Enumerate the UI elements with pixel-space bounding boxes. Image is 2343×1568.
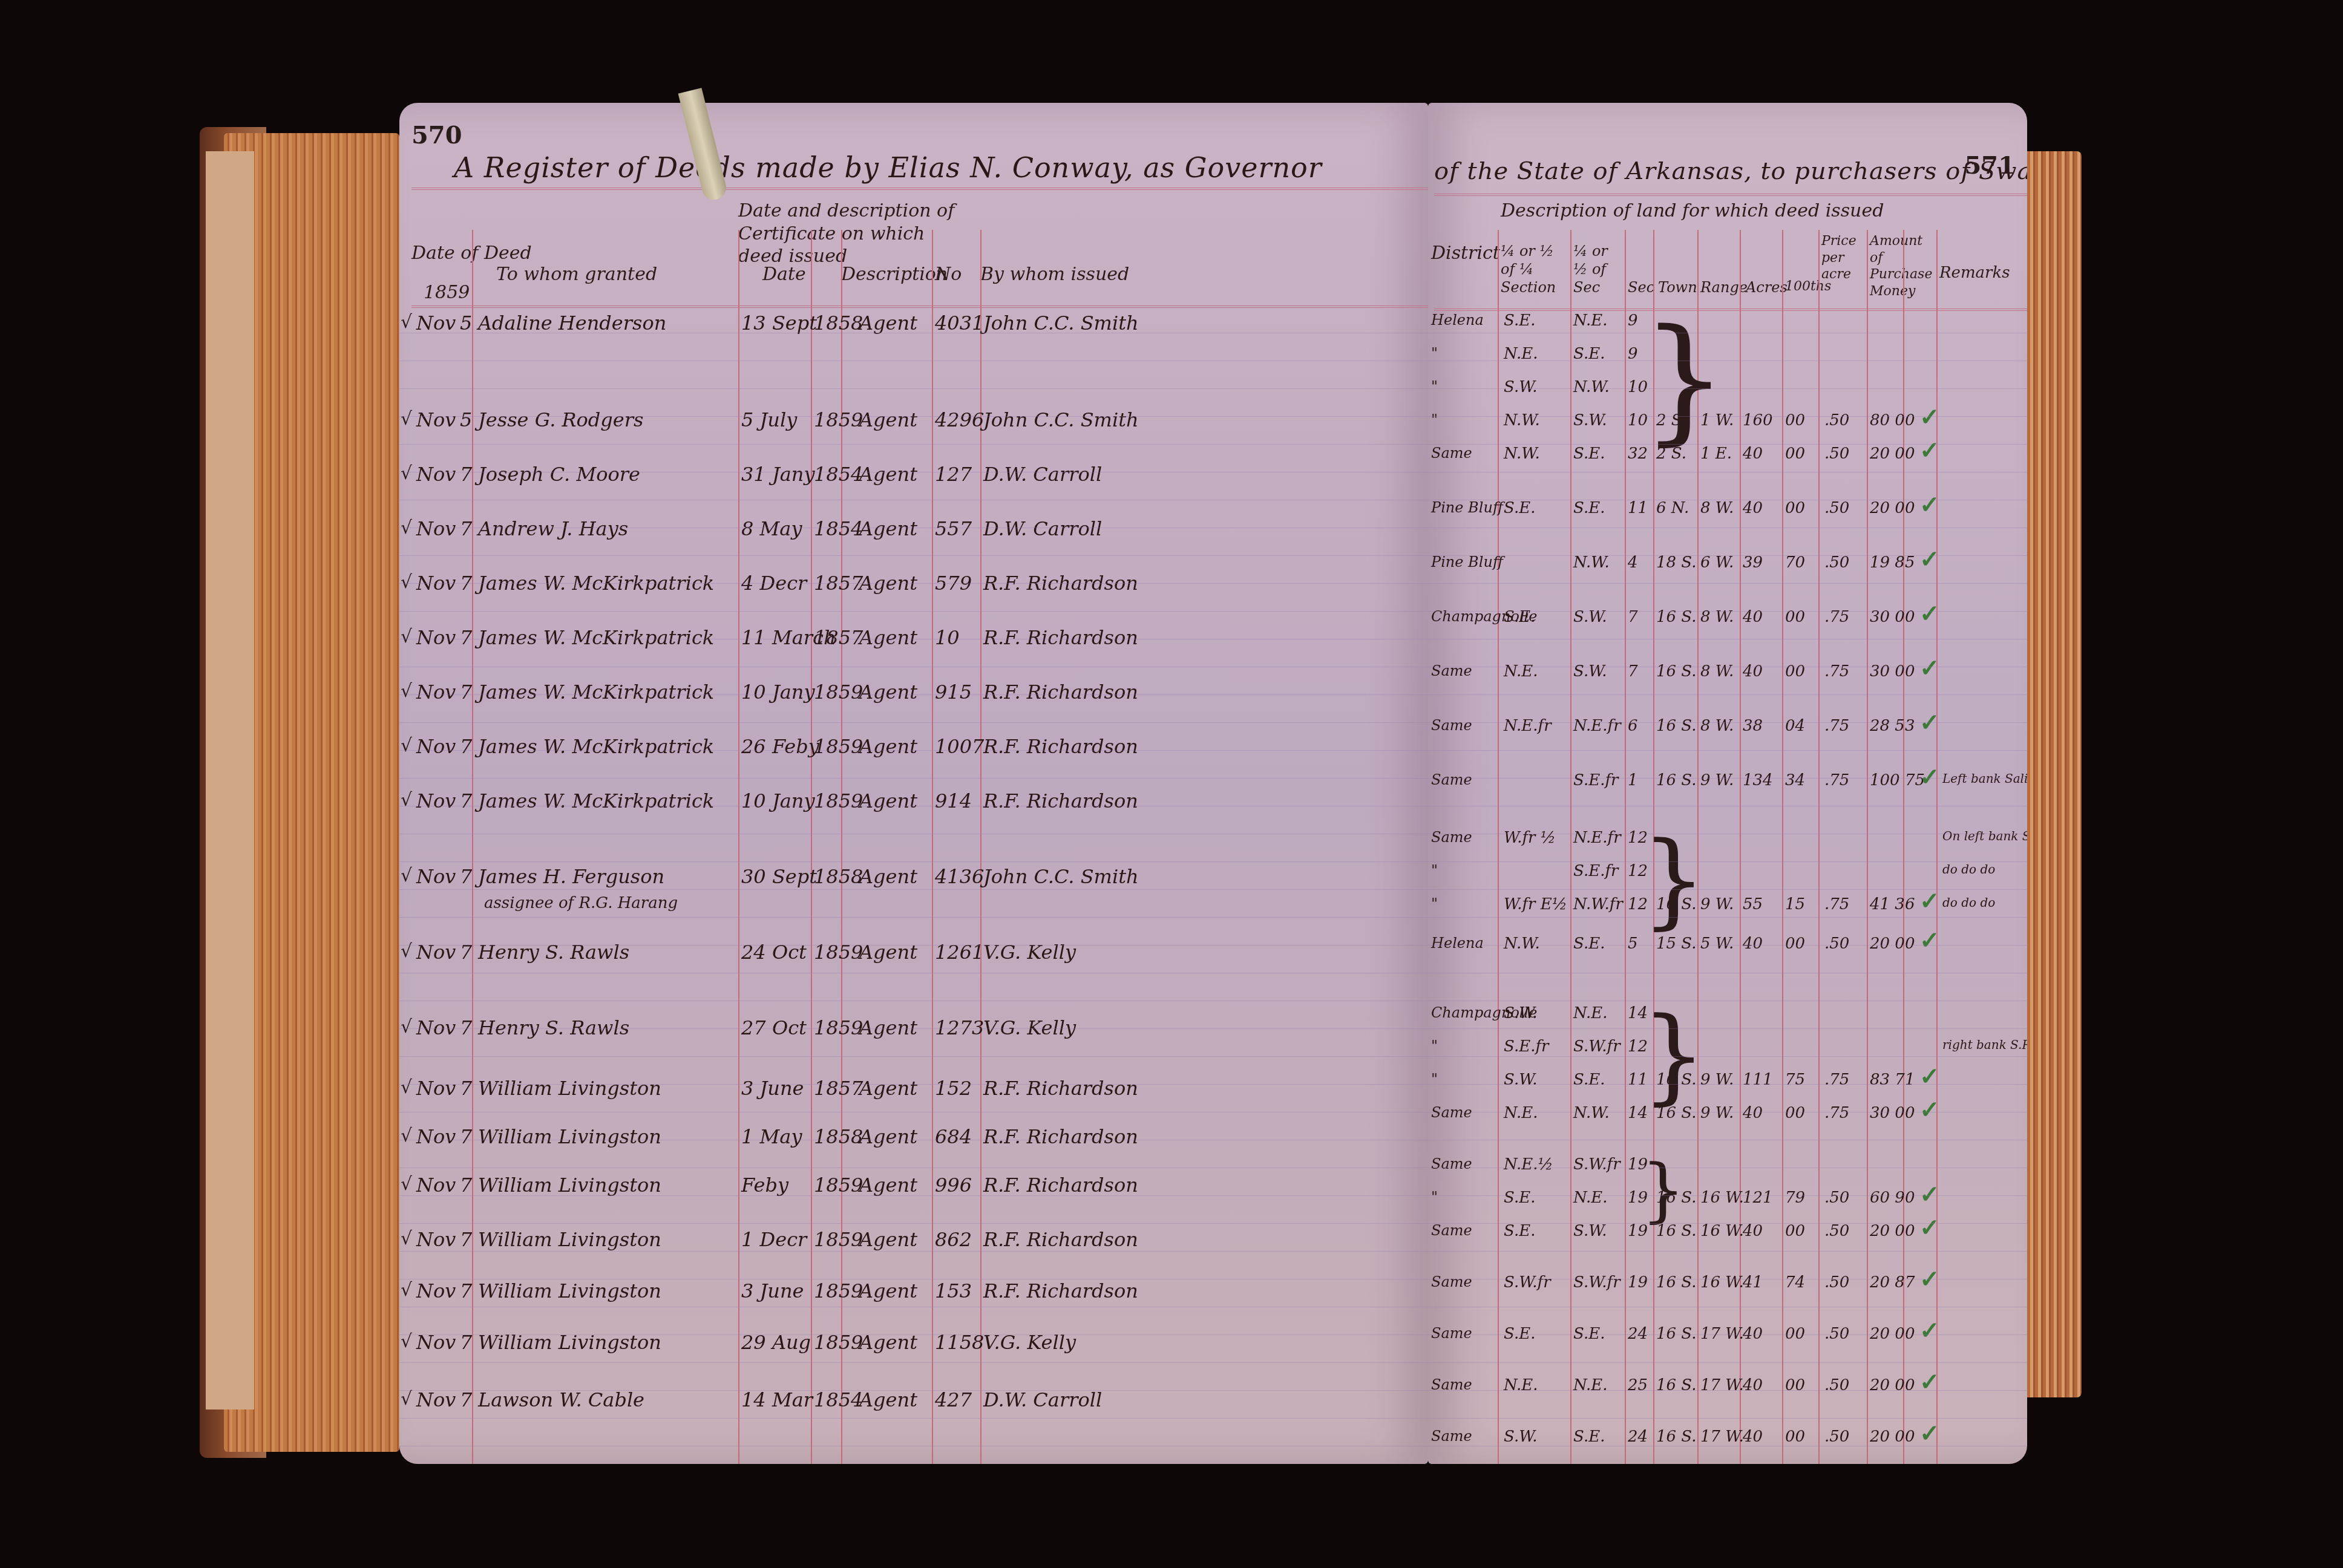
quarter-of-sec: S.E. (1573, 935, 1605, 953)
green-checkmark-icon: ✓ (1919, 491, 1940, 519)
section-number: 19 (1628, 1273, 1648, 1292)
deed-month: Nov (416, 681, 456, 704)
certificate-description: Agent (859, 312, 917, 335)
ruled-line (399, 388, 1428, 389)
acres-hundredths: 34 (1785, 771, 1805, 789)
checkmark-icon: √ (401, 1279, 412, 1301)
certificate-description: Agent (859, 408, 917, 431)
certificate-date: 10 Jany (741, 681, 814, 704)
price-per-acre: .50 (1824, 1428, 1849, 1446)
quarter-of-sec: S.W.fr (1573, 1273, 1620, 1292)
certificate-number: 996 (935, 1174, 972, 1197)
deed-day: 7 (460, 865, 472, 888)
green-checkmark-icon: ✓ (1919, 926, 1940, 955)
purchase-amount: 20 00 (1870, 935, 1915, 953)
price-per-acre: .75 (1824, 717, 1849, 735)
quarter-of-sec: N.W. (1573, 554, 1610, 572)
remarks: do do do (1942, 862, 1995, 877)
grantee-name: William Livingston (478, 1228, 661, 1251)
price-per-acre: .75 (1824, 771, 1849, 789)
land-district: Same (1431, 662, 1472, 679)
land-district: Same (1431, 717, 1472, 734)
purchase-amount: 30 00 (1870, 1104, 1915, 1122)
ruled-line (1428, 583, 2027, 584)
section-number: 25 (1628, 1376, 1648, 1394)
quarter-of-sec: N.W. (1573, 1104, 1610, 1122)
acres-hundredths: 00 (1785, 935, 1805, 953)
purchase-amount: 19 85 (1870, 554, 1915, 572)
grantee-name: William Livingston (478, 1174, 661, 1197)
issued-by: John C.C. Smith (983, 312, 1139, 335)
issued-by: D.W. Carroll (983, 1388, 1102, 1411)
purchase-amount: 20 00 (1870, 445, 1915, 463)
quarter-section: N.E. (1504, 1104, 1538, 1122)
ruled-line (1428, 528, 2027, 528)
grantee-name: William Livingston (478, 1279, 661, 1302)
open-ledger-book: 570 A Register of Deeds made by Elias N.… (194, 91, 2082, 1470)
header-to-whom-granted: To whom granted (496, 263, 657, 286)
price-per-acre: .50 (1824, 499, 1849, 517)
range: 8 W. (1700, 662, 1734, 681)
acres-hundredths: 00 (1785, 1376, 1805, 1394)
grantee-name: James W. McKirkpatrick (478, 681, 714, 704)
header-no: No (935, 263, 962, 286)
land-district: Same (1431, 1104, 1472, 1121)
ruled-line (399, 1251, 1428, 1252)
grantee-name: Henry S. Rawls (478, 941, 629, 964)
acres: 40 (1743, 1222, 1763, 1240)
quarter-section: S.W.fr (1504, 1273, 1551, 1292)
ruled-line (399, 778, 1428, 779)
ruled-line (1428, 1307, 2027, 1307)
ruled-line (1428, 416, 2027, 417)
certificate-description: Agent (859, 517, 917, 540)
header-quarter-section: ¼ or ½ of ¼ Section (1501, 242, 1567, 296)
certificate-year: 1854 (814, 517, 863, 540)
certificate-number: 684 (935, 1125, 972, 1148)
ruled-line (399, 1168, 1428, 1168)
certificate-date: 30 Sept (741, 865, 817, 888)
quarter-section: N.E. (1504, 1376, 1538, 1394)
price-per-acre: .75 (1824, 1104, 1849, 1122)
header-remarks: Remarks (1939, 263, 2010, 283)
deed-day: 7 (460, 941, 472, 964)
ruled-line (399, 1056, 1428, 1057)
page-edges-right (2027, 151, 2082, 1397)
land-district: Same (1431, 1325, 1472, 1342)
section-number: 24 (1628, 1325, 1648, 1343)
issued-by: R.F. Richardson (983, 1174, 1138, 1197)
checkmark-icon: √ (401, 681, 412, 702)
ruled-line (399, 1279, 1428, 1279)
certificate-date: 1 Decr (741, 1228, 807, 1251)
ruled-line (1428, 333, 2027, 333)
section-number: 5 (1628, 935, 1638, 953)
deed-month: Nov (416, 1279, 456, 1302)
township: 16 S. (1656, 662, 1697, 681)
grantee-name: Jesse G. Rodgers (478, 408, 643, 431)
certificate-number: 862 (935, 1228, 972, 1251)
issued-by: R.F. Richardson (983, 681, 1138, 704)
green-checkmark-icon: ✓ (1919, 763, 1940, 791)
land-district: Helena (1431, 312, 1484, 328)
grouping-brace: } (1641, 1004, 1706, 1107)
range: 16 W. (1700, 1273, 1744, 1292)
issued-by: V.G. Kelly (983, 941, 1076, 964)
ruled-line (399, 1362, 1428, 1363)
green-checkmark-icon: ✓ (1919, 599, 1940, 628)
quarter-of-sec: S.W. (1573, 662, 1607, 681)
section-number: 11 (1628, 499, 1648, 517)
certificate-description: Agent (859, 681, 917, 704)
quarter-section: S.W. (1504, 1428, 1538, 1446)
right-page: 571 of the State of Arkansas, to purchas… (1428, 103, 2027, 1464)
township: 16 S. (1656, 1325, 1697, 1343)
ruled-line (399, 1140, 1428, 1140)
certificate-date: 14 Mar (741, 1388, 813, 1411)
land-district: " (1431, 378, 1438, 395)
price-per-acre: .50 (1824, 1376, 1849, 1394)
purchase-amount: 20 87 (1870, 1273, 1915, 1292)
deed-month: Nov (416, 517, 456, 540)
purchase-amount: 100 75 (1870, 771, 1925, 789)
grouping-brace: } (1641, 829, 1706, 932)
ruled-line (399, 806, 1428, 806)
grantee-name: Henry S. Rawls (478, 1016, 629, 1039)
header-acres: Acres (1746, 278, 1788, 296)
quarter-of-sec: N.E. (1573, 1004, 1608, 1022)
ruled-line (1428, 611, 2027, 612)
acres-hundredths: 00 (1785, 1222, 1805, 1240)
acres: 40 (1743, 445, 1763, 463)
certificate-description: Agent (859, 463, 917, 486)
acres: 38 (1743, 717, 1763, 735)
deed-month: Nov (416, 463, 456, 486)
acres: 39 (1743, 554, 1763, 572)
quarter-of-sec: S.E.fr (1573, 771, 1618, 789)
range: 17 W. (1700, 1376, 1744, 1394)
land-district: Same (1431, 1155, 1472, 1172)
quarter-section: W.fr ½ (1504, 829, 1556, 847)
green-checkmark-icon: ✓ (1919, 1214, 1940, 1242)
quarter-of-sec: N.E.fr (1573, 717, 1621, 735)
acres: 160 (1743, 411, 1773, 430)
price-per-acre: .50 (1824, 1189, 1849, 1207)
acres-hundredths: 00 (1785, 499, 1805, 517)
ruled-line (1428, 1446, 2027, 1446)
issued-by: R.F. Richardson (983, 789, 1138, 812)
deed-month: Nov (416, 1016, 456, 1039)
ruled-line (1428, 1112, 2027, 1112)
remarks: On left bank Saline river (1942, 829, 2027, 843)
checkmark-icon: √ (401, 789, 412, 811)
certificate-year: 1859 (814, 1228, 863, 1251)
land-district: " (1431, 895, 1438, 912)
range: 17 W. (1700, 1428, 1744, 1446)
deed-day: 7 (460, 1016, 472, 1039)
quarter-section: N.E. (1504, 662, 1538, 681)
header-price-per-acre: Price per acre (1821, 233, 1864, 283)
ruled-line (1428, 500, 2027, 500)
ruled-line (1428, 694, 2027, 695)
deed-month: Nov (416, 1228, 456, 1251)
certificate-year: 1858 (814, 312, 863, 335)
checkmark-icon: √ (401, 408, 412, 430)
acres: 40 (1743, 935, 1763, 953)
green-checkmark-icon: ✓ (1919, 887, 1940, 915)
deed-month: Nov (416, 789, 456, 812)
ruled-line (399, 1446, 1428, 1446)
issued-by: D.W. Carroll (983, 463, 1102, 486)
certificate-number: 127 (935, 463, 972, 486)
certificate-number: 153 (935, 1279, 972, 1302)
ruled-line (1428, 1223, 2027, 1224)
green-checkmark-icon: ✓ (1919, 403, 1940, 431)
deed-day: 7 (460, 463, 472, 486)
land-district: Same (1431, 1273, 1472, 1290)
header-sec: Sec (1628, 278, 1654, 296)
certificate-year: 1859 (814, 408, 863, 431)
township: 16 S. (1656, 1273, 1697, 1292)
ruled-line (399, 945, 1428, 946)
deed-month: Nov (416, 735, 456, 758)
deed-day: 7 (460, 1174, 472, 1197)
certificate-year: 1858 (814, 1125, 863, 1148)
issued-by: R.F. Richardson (983, 626, 1138, 649)
ruled-line (399, 973, 1428, 973)
header-by-whom-issued: By whom issued (980, 263, 1129, 286)
certificate-date: 13 Sept (741, 312, 817, 335)
certificate-number: 915 (935, 681, 972, 704)
certificate-description: Agent (859, 1174, 917, 1197)
quarter-of-sec: S.E.fr (1573, 862, 1618, 880)
ruled-line (399, 1223, 1428, 1224)
land-district: Same (1431, 829, 1472, 846)
acres: 121 (1743, 1189, 1773, 1207)
grantee-name: Adaline Henderson (478, 312, 666, 335)
certificate-year: 1859 (814, 1016, 863, 1039)
remarks: do do do (1942, 895, 1995, 910)
issued-by: R.F. Richardson (983, 1279, 1138, 1302)
certificate-date: 10 Jany (741, 789, 814, 812)
price-per-acre: .75 (1824, 895, 1849, 913)
quarter-of-sec: S.E. (1573, 1325, 1605, 1343)
acres-hundredths: 04 (1785, 717, 1805, 735)
acres: 40 (1743, 1428, 1763, 1446)
certificate-number: 557 (935, 517, 972, 540)
quarter-of-sec: S.W. (1573, 1222, 1607, 1240)
land-district: " (1431, 1071, 1438, 1088)
checkmark-icon: √ (401, 1016, 412, 1037)
grantee-name: William Livingston (478, 1077, 661, 1100)
certificate-year: 1858 (814, 865, 863, 888)
issued-by: R.F. Richardson (983, 1077, 1138, 1100)
certificate-date: 1 May (741, 1125, 802, 1148)
certificate-number: 1261 (935, 941, 984, 964)
certificate-number: 4296 (935, 408, 984, 431)
ruled-line (1428, 1334, 2027, 1335)
price-per-acre: .50 (1824, 411, 1849, 430)
ruled-line (1428, 1028, 2027, 1029)
quarter-of-sec: N.E. (1573, 312, 1608, 330)
quarter-section: S.W. (1504, 378, 1538, 396)
acres-hundredths: 00 (1785, 662, 1805, 681)
acres: 40 (1743, 499, 1763, 517)
acres-hundredths: 79 (1785, 1189, 1805, 1207)
land-district: Pine Bluff (1431, 499, 1503, 516)
price-per-acre: .75 (1824, 1071, 1849, 1089)
section-number: 9 (1628, 312, 1638, 330)
quarter-of-sec: S.W.fr (1573, 1155, 1620, 1174)
quarter-section: N.E.½ (1504, 1155, 1553, 1174)
deed-day: 7 (460, 626, 472, 649)
quarter-of-sec: S.E. (1573, 1071, 1605, 1089)
header-rule (1434, 194, 2027, 196)
ruled-line (399, 1084, 1428, 1085)
grantee-name: James W. McKirkpatrick (478, 789, 714, 812)
certificate-description: Agent (859, 1279, 917, 1302)
certificate-description: Agent (859, 1016, 917, 1039)
certificate-year: 1859 (814, 1279, 863, 1302)
deed-day: 7 (460, 681, 472, 704)
quarter-of-sec: N.E. (1573, 1376, 1608, 1394)
ruled-line (1428, 472, 2027, 472)
certificate-date: 3 June (741, 1077, 804, 1100)
quarter-of-sec: N.E.fr (1573, 829, 1621, 847)
ruled-line (1428, 1195, 2027, 1196)
certificate-date: 3 June (741, 1279, 804, 1302)
quarter-section: S.E. (1504, 499, 1535, 517)
quarter-section: S.E.fr (1504, 1037, 1548, 1056)
issued-by: V.G. Kelly (983, 1016, 1076, 1039)
ruled-line (399, 416, 1428, 417)
certificate-year: 1859 (814, 735, 863, 758)
township: 16 S. (1656, 771, 1697, 789)
certificate-year: 1859 (814, 941, 863, 964)
certificate-year: 1854 (814, 463, 863, 486)
certificate-description: Agent (859, 865, 917, 888)
certificate-date: 24 Oct (741, 941, 807, 964)
ruled-line (1428, 639, 2027, 639)
range: 8 W. (1700, 717, 1734, 735)
ruled-line (1428, 722, 2027, 723)
grantee-name: Joseph C. Moore (478, 463, 640, 486)
purchase-amount: 28 53 (1870, 717, 1915, 735)
ruled-line (399, 667, 1428, 667)
deed-month: Nov (416, 312, 456, 335)
ruled-line (399, 1418, 1428, 1419)
ruled-line (1428, 1084, 2027, 1085)
ruled-line (399, 611, 1428, 612)
grouping-brace: } (1641, 1155, 1685, 1225)
section-number: 1 (1628, 771, 1638, 789)
deed-day: 5 (460, 408, 472, 431)
range: 17 W. (1700, 1325, 1744, 1343)
certificate-year: 1859 (814, 1174, 863, 1197)
ruled-line (399, 472, 1428, 472)
quarter-section: N.W. (1504, 445, 1540, 463)
header-bottom-rule (1434, 309, 2027, 311)
header-quarter-of-sec: ¼ or ½ of Sec (1573, 242, 1622, 296)
header-amount: Amount of Purchase Money (1870, 233, 1930, 299)
ruled-line (1428, 1362, 2027, 1363)
land-district: " (1431, 1189, 1438, 1206)
certificate-date: 26 Feby (741, 735, 819, 758)
green-checkmark-icon: ✓ (1919, 436, 1940, 465)
ruled-line (399, 1390, 1428, 1391)
certificate-number: 10 (935, 626, 960, 649)
issued-by: R.F. Richardson (983, 735, 1138, 758)
certificate-description: Agent (859, 1388, 917, 1411)
land-district: Same (1431, 1428, 1472, 1445)
section-number: 6 (1628, 717, 1638, 735)
purchase-amount: 20 00 (1870, 1428, 1915, 1446)
green-checkmark-icon: ✓ (1919, 1180, 1940, 1209)
certificate-number: 4031 (935, 312, 984, 335)
checkmark-icon: √ (401, 463, 412, 484)
quarter-section: S.E. (1504, 1189, 1535, 1207)
ruled-line (1428, 555, 2027, 556)
quarter-section: N.W. (1504, 411, 1540, 430)
grouping-brace: } (1641, 312, 1728, 448)
checkmark-icon: √ (401, 941, 412, 962)
certificate-description: Agent (859, 941, 917, 964)
ruled-line (399, 1334, 1428, 1335)
checkmark-icon: √ (401, 1174, 412, 1195)
grantee-name: James W. McKirkpatrick (478, 626, 714, 649)
deed-month: Nov (416, 865, 456, 888)
ruled-line (399, 333, 1428, 333)
checkmark-icon: √ (401, 572, 412, 593)
ruled-line (1428, 917, 2027, 918)
township: 16 S. (1656, 717, 1697, 735)
ruled-line (1428, 778, 2027, 779)
ruled-line (1428, 444, 2027, 445)
grantee-name: Andrew J. Hays (478, 517, 628, 540)
price-per-acre: .50 (1824, 1222, 1849, 1240)
land-district: Same (1431, 1222, 1472, 1239)
ruled-line (399, 1001, 1428, 1001)
checkmark-icon: √ (401, 1228, 412, 1249)
left-page: 570 A Register of Deeds made by Elias N.… (399, 103, 1428, 1464)
acres-hundredths: 70 (1785, 554, 1805, 572)
land-district: " (1431, 1037, 1438, 1054)
quarter-section: S.E. (1504, 1325, 1535, 1343)
ruled-line (399, 1195, 1428, 1196)
certificate-date: 31 Jany (741, 463, 814, 486)
certificate-description: Agent (859, 1077, 917, 1100)
ruled-line (399, 834, 1428, 834)
register-title-right: of the State of Arkansas, to purchasers … (1434, 157, 2027, 185)
acres: 111 (1743, 1071, 1773, 1089)
remarks: Left bank Saline river (1942, 771, 2027, 786)
issued-by: John C.C. Smith (983, 408, 1139, 431)
purchase-amount: 80 00 (1870, 411, 1915, 430)
issued-by: R.F. Richardson (983, 1228, 1138, 1251)
quarter-of-sec: S.E. (1573, 1428, 1605, 1446)
certificate-description: Agent (859, 735, 917, 758)
range: 9 W. (1700, 771, 1734, 789)
township: 16 S. (1656, 1376, 1697, 1394)
certificate-number: 1007 (935, 735, 984, 758)
page-number-left: 570 (411, 121, 462, 149)
certificate-number: 4136 (935, 865, 984, 888)
header-district: District (1431, 242, 1500, 265)
header-bottom-rule (411, 305, 1428, 308)
purchase-amount: 20 00 (1870, 1222, 1915, 1240)
land-district: Same (1431, 771, 1472, 788)
green-checkmark-icon: ✓ (1919, 654, 1940, 682)
